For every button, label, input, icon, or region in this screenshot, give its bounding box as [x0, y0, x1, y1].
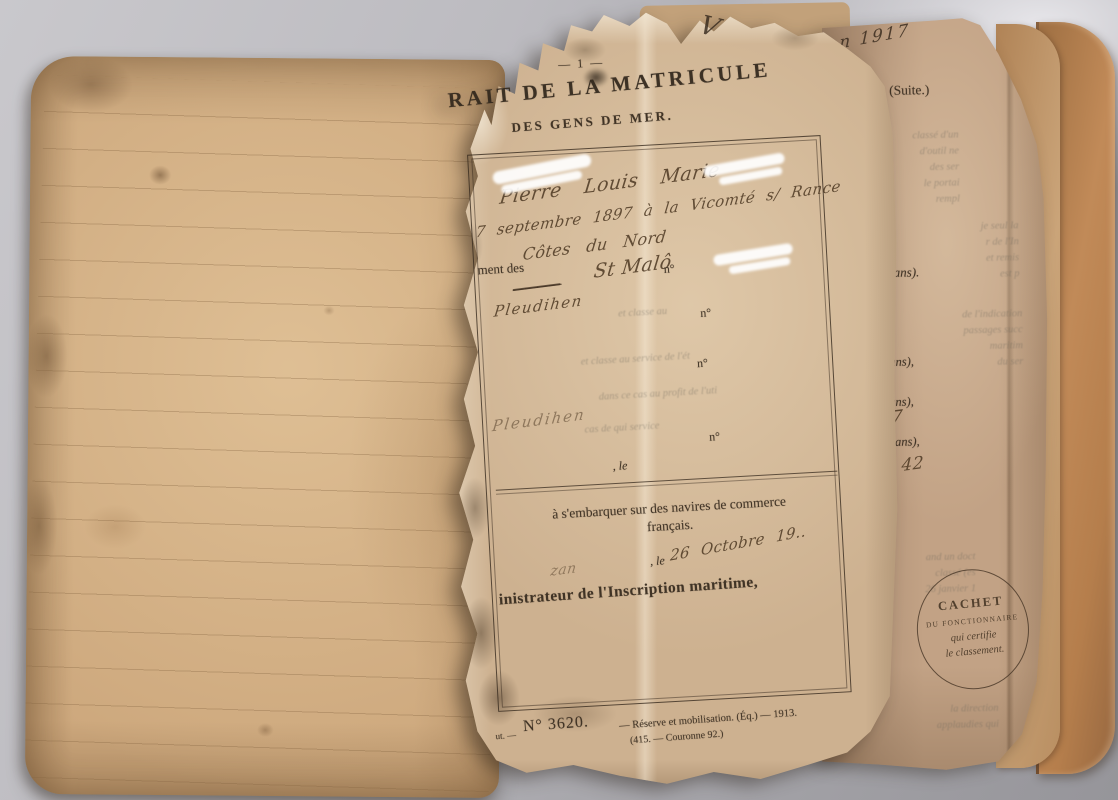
bleedthrough-text: de l'indicationpassages succmaritim du s…	[912, 306, 1023, 372]
label-no-2: n°	[700, 305, 712, 321]
imprint-rest: — Réserve et mobilisation. (Éq.) — 1913.	[619, 708, 798, 732]
bleedthrough-text: et classe au	[618, 304, 668, 323]
bleedthrough-text: je seul lar de l'Inet remis est p	[926, 218, 1019, 284]
matricule-page: — 1 — RAIT DE LA MATRICULE DES GENS DE M…	[433, 8, 901, 790]
label-no-4: n°	[709, 429, 721, 445]
imprint-line-2: (415. — Couronne 92.)	[630, 729, 724, 747]
imprint-number: N° 3620.	[522, 713, 589, 736]
label-le-2: , le	[650, 553, 665, 569]
label-ment-des: ment des	[477, 260, 524, 279]
scanned-document: tion 1917 NSCRIT. (Suite.) classé d'und'…	[0, 0, 1118, 800]
label-le-1: , le	[612, 458, 627, 474]
imprint-prefix: ut. —	[495, 730, 516, 741]
label-no-1: n°	[663, 261, 675, 277]
label-no-3: n°	[697, 356, 709, 372]
